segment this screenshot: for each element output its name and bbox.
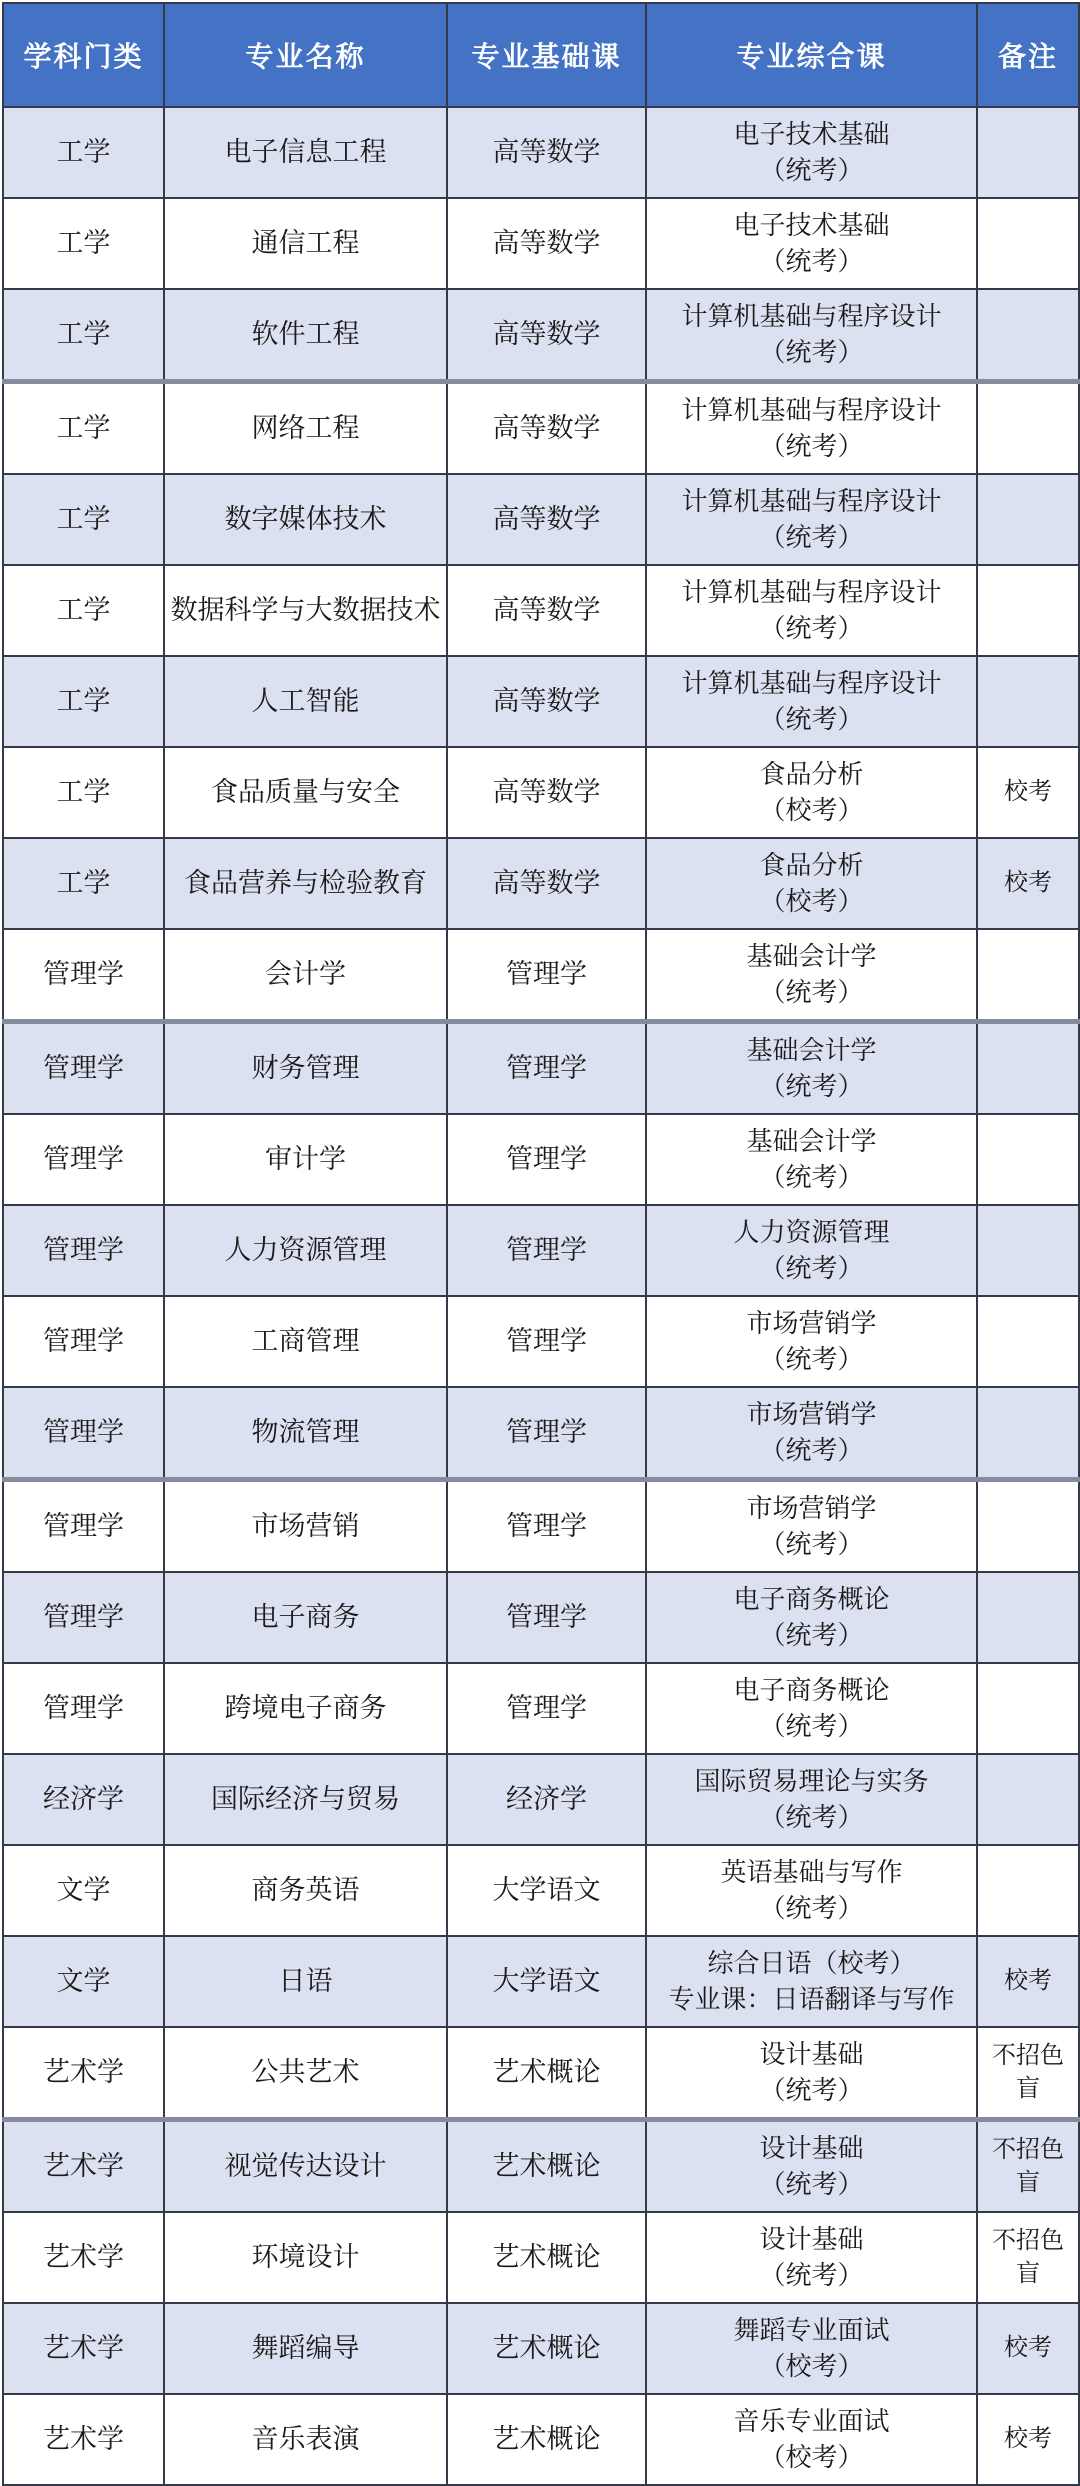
cell-text-line: 电子商务概论 — [651, 1582, 972, 1617]
cell-basic-course: 管理学 — [447, 929, 646, 1022]
cell-remark: 校考 — [977, 838, 1079, 929]
cell-remark — [977, 1480, 1079, 1573]
cell-text-line: 综合日语（校考） — [651, 1946, 972, 1981]
cell-comprehensive-course: 计算机基础与程序设计（统考） — [646, 289, 977, 382]
cell-text-line: （统考） — [651, 1342, 972, 1377]
cell-basic-course: 高等数学 — [447, 838, 646, 929]
cell-comprehensive-course: 国际贸易理论与实务（统考） — [646, 1754, 977, 1845]
cell-remark — [977, 1845, 1079, 1936]
cell-comprehensive-course: 设计基础（统考） — [646, 2120, 977, 2213]
table-row: 管理学审计学管理学基础会计学（统考） — [3, 1114, 1079, 1205]
cell-category: 管理学 — [3, 1114, 164, 1205]
cell-comprehensive-course: 电子技术基础（统考） — [646, 107, 977, 198]
cell-text-line: （统考） — [651, 1891, 972, 1926]
cell-remark: 不招色盲 — [977, 2212, 1079, 2303]
cell-comprehensive-course: 电子技术基础（统考） — [646, 198, 977, 289]
table-row: 管理学电子商务管理学电子商务概论（统考） — [3, 1572, 1079, 1663]
cell-text-line: 电子商务概论 — [651, 1673, 972, 1708]
cell-remark: 校考 — [977, 2394, 1079, 2485]
table-body: 工学电子信息工程高等数学电子技术基础（统考）工学通信工程高等数学电子技术基础（统… — [3, 107, 1079, 2485]
cell-remark — [977, 929, 1079, 1022]
cell-major: 食品质量与安全 — [164, 747, 447, 838]
cell-basic-course: 管理学 — [447, 1205, 646, 1296]
cell-text-line: （统考） — [651, 1251, 972, 1286]
cell-basic-course: 管理学 — [447, 1022, 646, 1115]
cell-major: 食品营养与检验教育 — [164, 838, 447, 929]
cell-category: 工学 — [3, 474, 164, 565]
cell-comprehensive-course: 音乐专业面试（校考） — [646, 2394, 977, 2485]
cell-comprehensive-course: 电子商务概论（统考） — [646, 1572, 977, 1663]
cell-basic-course: 大学语文 — [447, 1845, 646, 1936]
cell-comprehensive-course: 电子商务概论（统考） — [646, 1663, 977, 1754]
table-row: 工学软件工程高等数学计算机基础与程序设计（统考） — [3, 289, 1079, 382]
cell-major: 人工智能 — [164, 656, 447, 747]
cell-major: 电子商务 — [164, 1572, 447, 1663]
cell-remark — [977, 1296, 1079, 1387]
cell-category: 管理学 — [3, 1572, 164, 1663]
cell-category: 工学 — [3, 107, 164, 198]
cell-comprehensive-course: 计算机基础与程序设计（统考） — [646, 474, 977, 565]
cell-major: 舞蹈编导 — [164, 2303, 447, 2394]
cell-text-line: （统考） — [651, 153, 972, 188]
cell-category: 艺术学 — [3, 2027, 164, 2120]
cell-category: 管理学 — [3, 1387, 164, 1480]
cell-comprehensive-course: 综合日语（校考）专业课：日语翻译与写作 — [646, 1936, 977, 2027]
cell-text-line: （校考） — [651, 2349, 972, 2384]
cell-basic-course: 艺术概论 — [447, 2027, 646, 2120]
cell-remark: 校考 — [977, 747, 1079, 838]
cell-remark: 不招色盲 — [977, 2027, 1079, 2120]
cell-remark — [977, 1663, 1079, 1754]
table-row: 工学电子信息工程高等数学电子技术基础（统考） — [3, 107, 1079, 198]
cell-comprehensive-course: 设计基础（统考） — [646, 2027, 977, 2120]
table-row: 艺术学公共艺术艺术概论设计基础（统考）不招色盲 — [3, 2027, 1079, 2120]
column-header-remark: 备注 — [977, 3, 1079, 107]
cell-major: 公共艺术 — [164, 2027, 447, 2120]
cell-basic-course: 高等数学 — [447, 474, 646, 565]
cell-remark: 校考 — [977, 1936, 1079, 2027]
cell-text-line: 人力资源管理 — [651, 1215, 972, 1250]
table-row: 工学人工智能高等数学计算机基础与程序设计（统考） — [3, 656, 1079, 747]
table-row: 工学食品营养与检验教育高等数学食品分析（校考）校考 — [3, 838, 1079, 929]
cell-category: 艺术学 — [3, 2120, 164, 2213]
cell-text-line: 设计基础 — [651, 2131, 972, 2166]
cell-text-line: （统考） — [651, 2073, 972, 2108]
table-row: 工学通信工程高等数学电子技术基础（统考） — [3, 198, 1079, 289]
cell-text-line: （校考） — [651, 884, 972, 919]
cell-comprehensive-course: 市场营销学（统考） — [646, 1296, 977, 1387]
cell-major: 人力资源管理 — [164, 1205, 447, 1296]
table-row: 艺术学环境设计艺术概论设计基础（统考）不招色盲 — [3, 2212, 1079, 2303]
cell-basic-course: 高等数学 — [447, 289, 646, 382]
table-row: 管理学财务管理管理学基础会计学（统考） — [3, 1022, 1079, 1115]
cell-remark — [977, 1114, 1079, 1205]
cell-text-line: （统考） — [651, 1433, 972, 1468]
cell-text-line: 专业课：日语翻译与写作 — [651, 1982, 972, 2017]
cell-remark — [977, 107, 1079, 198]
cell-comprehensive-course: 食品分析（校考） — [646, 838, 977, 929]
cell-major: 国际经济与贸易 — [164, 1754, 447, 1845]
cell-text-line: 电子技术基础 — [651, 208, 972, 243]
cell-major: 电子信息工程 — [164, 107, 447, 198]
cell-basic-course: 高等数学 — [447, 198, 646, 289]
cell-text-line: 舞蹈专业面试 — [651, 2313, 972, 2348]
cell-basic-course: 管理学 — [447, 1387, 646, 1480]
cell-major: 软件工程 — [164, 289, 447, 382]
cell-remark: 不招色盲 — [977, 2120, 1079, 2213]
cell-basic-course: 管理学 — [447, 1296, 646, 1387]
cell-basic-course: 高等数学 — [447, 382, 646, 475]
table-row: 工学网络工程高等数学计算机基础与程序设计（统考） — [3, 382, 1079, 475]
cell-text-line: 市场营销学 — [651, 1491, 972, 1526]
cell-text-line: （统考） — [651, 1618, 972, 1653]
column-header-category: 学科门类 — [3, 3, 164, 107]
cell-text-line: 英语基础与写作 — [651, 1855, 972, 1890]
cell-major: 商务英语 — [164, 1845, 447, 1936]
cell-text-line: （统考） — [651, 611, 972, 646]
cell-text-line: （统考） — [651, 2258, 972, 2293]
cell-text-line: （统考） — [651, 1160, 972, 1195]
table-row: 管理学跨境电子商务管理学电子商务概论（统考） — [3, 1663, 1079, 1754]
cell-category: 工学 — [3, 289, 164, 382]
table-row: 管理学人力资源管理管理学人力资源管理（统考） — [3, 1205, 1079, 1296]
table-header: 学科门类 专业名称 专业基础课 专业综合课 备注 — [3, 3, 1079, 107]
cell-major: 工商管理 — [164, 1296, 447, 1387]
table-row: 艺术学视觉传达设计艺术概论设计基础（统考）不招色盲 — [3, 2120, 1079, 2213]
cell-text-line: 计算机基础与程序设计 — [651, 393, 972, 428]
cell-text-line: 食品分析 — [651, 848, 972, 883]
cell-text-line: （统考） — [651, 2167, 972, 2202]
cell-comprehensive-course: 英语基础与写作（统考） — [646, 1845, 977, 1936]
cell-major: 跨境电子商务 — [164, 1663, 447, 1754]
cell-comprehensive-course: 基础会计学（统考） — [646, 1114, 977, 1205]
cell-text-line: （统考） — [651, 1709, 972, 1744]
cell-major: 日语 — [164, 1936, 447, 2027]
cell-basic-course: 管理学 — [447, 1663, 646, 1754]
cell-comprehensive-course: 基础会计学（统考） — [646, 929, 977, 1022]
cell-category: 工学 — [3, 838, 164, 929]
cell-category: 文学 — [3, 1845, 164, 1936]
cell-text-line: （统考） — [651, 244, 972, 279]
cell-remark — [977, 656, 1079, 747]
table-row: 工学数据科学与大数据技术高等数学计算机基础与程序设计（统考） — [3, 565, 1079, 656]
table-row: 工学数字媒体技术高等数学计算机基础与程序设计（统考） — [3, 474, 1079, 565]
cell-remark — [977, 289, 1079, 382]
cell-text-line: 计算机基础与程序设计 — [651, 484, 972, 519]
cell-category: 管理学 — [3, 1663, 164, 1754]
cell-basic-course: 管理学 — [447, 1480, 646, 1573]
cell-text-line: （统考） — [651, 1527, 972, 1562]
cell-text-line: 国际贸易理论与实务 — [651, 1764, 972, 1799]
cell-major: 音乐表演 — [164, 2394, 447, 2485]
cell-remark — [977, 1205, 1079, 1296]
cell-major: 视觉传达设计 — [164, 2120, 447, 2213]
cell-text-line: 市场营销学 — [651, 1306, 972, 1341]
cell-category: 工学 — [3, 382, 164, 475]
cell-basic-course: 经济学 — [447, 1754, 646, 1845]
cell-remark — [977, 1387, 1079, 1480]
cell-text-line: 基础会计学 — [651, 1033, 972, 1068]
cell-category: 工学 — [3, 747, 164, 838]
cell-category: 艺术学 — [3, 2212, 164, 2303]
cell-category: 管理学 — [3, 1022, 164, 1115]
cell-remark: 校考 — [977, 2303, 1079, 2394]
cell-text-line: （统考） — [651, 1800, 972, 1835]
cell-major: 网络工程 — [164, 382, 447, 475]
cell-comprehensive-course: 舞蹈专业面试（校考） — [646, 2303, 977, 2394]
header-row: 学科门类 专业名称 专业基础课 专业综合课 备注 — [3, 3, 1079, 107]
cell-remark — [977, 565, 1079, 656]
cell-category: 管理学 — [3, 1480, 164, 1573]
exam-subjects-table: 学科门类 专业名称 专业基础课 专业综合课 备注 工学电子信息工程高等数学电子技… — [2, 2, 1080, 2486]
cell-remark — [977, 1572, 1079, 1663]
table-row: 工学食品质量与安全高等数学食品分析（校考）校考 — [3, 747, 1079, 838]
table-row: 管理学工商管理管理学市场营销学（统考） — [3, 1296, 1079, 1387]
cell-category: 工学 — [3, 565, 164, 656]
cell-text-line: 音乐专业面试 — [651, 2404, 972, 2439]
cell-remark — [977, 474, 1079, 565]
cell-basic-course: 大学语文 — [447, 1936, 646, 2027]
table-row: 艺术学音乐表演艺术概论音乐专业面试（校考）校考 — [3, 2394, 1079, 2485]
table-row: 经济学国际经济与贸易经济学国际贸易理论与实务（统考） — [3, 1754, 1079, 1845]
cell-major: 财务管理 — [164, 1022, 447, 1115]
cell-text-line: 计算机基础与程序设计 — [651, 666, 972, 701]
cell-text-line: 电子技术基础 — [651, 117, 972, 152]
cell-major: 审计学 — [164, 1114, 447, 1205]
cell-text-line: 计算机基础与程序设计 — [651, 575, 972, 610]
cell-comprehensive-course: 计算机基础与程序设计（统考） — [646, 382, 977, 475]
cell-text-line: （统考） — [651, 335, 972, 370]
cell-text-line: 基础会计学 — [651, 939, 972, 974]
cell-basic-course: 管理学 — [447, 1572, 646, 1663]
cell-remark — [977, 382, 1079, 475]
cell-text-line: （统考） — [651, 429, 972, 464]
cell-major: 市场营销 — [164, 1480, 447, 1573]
cell-text-line: （校考） — [651, 2440, 972, 2475]
cell-text-line: 基础会计学 — [651, 1124, 972, 1159]
column-header-major: 专业名称 — [164, 3, 447, 107]
cell-comprehensive-course: 食品分析（校考） — [646, 747, 977, 838]
cell-text-line: 计算机基础与程序设计 — [651, 299, 972, 334]
cell-remark — [977, 198, 1079, 289]
cell-major: 物流管理 — [164, 1387, 447, 1480]
cell-remark — [977, 1022, 1079, 1115]
cell-major: 会计学 — [164, 929, 447, 1022]
cell-category: 管理学 — [3, 929, 164, 1022]
cell-text-line: 市场营销学 — [651, 1397, 972, 1432]
cell-category: 经济学 — [3, 1754, 164, 1845]
cell-text-line: （统考） — [651, 975, 972, 1010]
cell-category: 艺术学 — [3, 2303, 164, 2394]
cell-basic-course: 艺术概论 — [447, 2212, 646, 2303]
cell-category: 工学 — [3, 198, 164, 289]
cell-category: 文学 — [3, 1936, 164, 2027]
column-header-comprehensive-course: 专业综合课 — [646, 3, 977, 107]
cell-comprehensive-course: 市场营销学（统考） — [646, 1387, 977, 1480]
cell-remark — [977, 1754, 1079, 1845]
cell-basic-course: 艺术概论 — [447, 2394, 646, 2485]
cell-major: 数据科学与大数据技术 — [164, 565, 447, 656]
cell-basic-course: 高等数学 — [447, 656, 646, 747]
cell-comprehensive-course: 计算机基础与程序设计（统考） — [646, 656, 977, 747]
cell-text-line: （统考） — [651, 702, 972, 737]
column-header-basic-course: 专业基础课 — [447, 3, 646, 107]
cell-text-line: 设计基础 — [651, 2037, 972, 2072]
cell-comprehensive-course: 设计基础（统考） — [646, 2212, 977, 2303]
cell-category: 艺术学 — [3, 2394, 164, 2485]
table-row: 管理学物流管理管理学市场营销学（统考） — [3, 1387, 1079, 1480]
cell-major: 数字媒体技术 — [164, 474, 447, 565]
cell-major: 环境设计 — [164, 2212, 447, 2303]
table-row: 管理学会计学管理学基础会计学（统考） — [3, 929, 1079, 1022]
cell-category: 管理学 — [3, 1205, 164, 1296]
cell-basic-course: 高等数学 — [447, 747, 646, 838]
cell-basic-course: 高等数学 — [447, 565, 646, 656]
table-row: 管理学市场营销管理学市场营销学（统考） — [3, 1480, 1079, 1573]
table-row: 文学商务英语大学语文英语基础与写作（统考） — [3, 1845, 1079, 1936]
cell-major: 通信工程 — [164, 198, 447, 289]
cell-comprehensive-course: 人力资源管理（统考） — [646, 1205, 977, 1296]
cell-text-line: （统考） — [651, 1069, 972, 1104]
cell-basic-course: 艺术概论 — [447, 2120, 646, 2213]
cell-basic-course: 管理学 — [447, 1114, 646, 1205]
cell-comprehensive-course: 基础会计学（统考） — [646, 1022, 977, 1115]
table-row: 艺术学舞蹈编导艺术概论舞蹈专业面试（校考）校考 — [3, 2303, 1079, 2394]
cell-text-line: （统考） — [651, 520, 972, 555]
cell-text-line: 食品分析 — [651, 757, 972, 792]
cell-category: 工学 — [3, 656, 164, 747]
table-row: 文学日语大学语文综合日语（校考）专业课：日语翻译与写作校考 — [3, 1936, 1079, 2027]
cell-basic-course: 高等数学 — [447, 107, 646, 198]
cell-text-line: （校考） — [651, 793, 972, 828]
cell-category: 管理学 — [3, 1296, 164, 1387]
cell-text-line: 设计基础 — [651, 2222, 972, 2257]
cell-basic-course: 艺术概论 — [447, 2303, 646, 2394]
cell-comprehensive-course: 市场营销学（统考） — [646, 1480, 977, 1573]
cell-comprehensive-course: 计算机基础与程序设计（统考） — [646, 565, 977, 656]
